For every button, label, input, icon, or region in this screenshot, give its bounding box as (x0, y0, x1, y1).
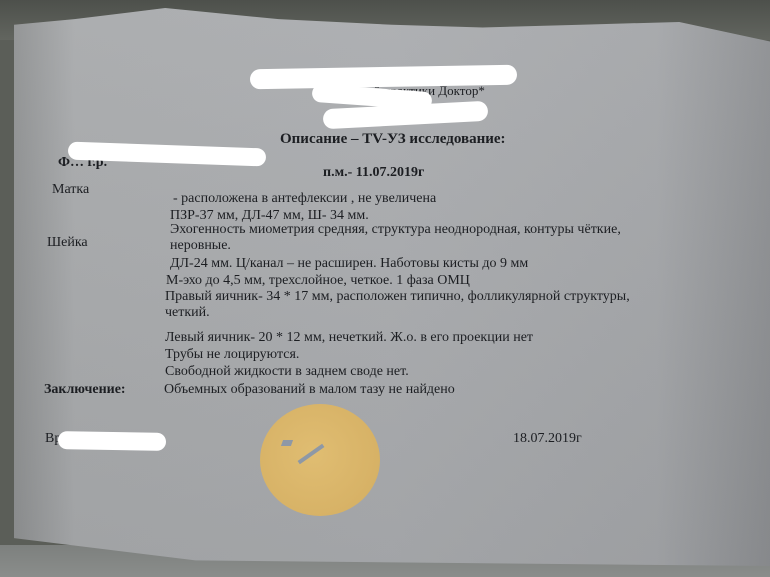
finding-line: ДЛ-24 мм. Ц/канал – не расширен. Наботов… (170, 256, 528, 272)
page-title: Описание – TV-УЗ исследование: (280, 131, 506, 147)
stamp-mark (298, 444, 325, 464)
finding-line: Левый яичник- 20 * 12 мм, нечеткий. Ж.о.… (165, 330, 533, 346)
label-cervix: Шейка (47, 235, 88, 251)
finding-line: Трубы не лоцируются. (165, 347, 299, 363)
finding-line: М-эхо до 4,5 мм, трехслойное, четкое. 1 … (166, 273, 470, 289)
finding-line: Правый яичник- 34 * 17 мм, расположен ти… (165, 289, 630, 305)
finding-line: неровные. (170, 238, 231, 254)
finding-line: Свободной жидкости в заднем своде нет. (165, 364, 409, 380)
finding-line: Эхогенность миометрия средняя, структура… (170, 222, 621, 238)
label-uterus: Матка (52, 182, 89, 198)
last-period-date: п.м.- 11.07.2019г (323, 165, 424, 181)
redaction-mark (58, 431, 166, 451)
label-conclusion: Заключение: (44, 382, 126, 398)
finding-line: - расположена в антефлексии , не увеличе… (173, 191, 436, 207)
conclusion-text: Объемных образований в малом тазу не най… (164, 382, 455, 398)
stamp-mark (281, 440, 293, 446)
stamp-redaction (260, 404, 380, 516)
finding-line: четкий. (165, 305, 210, 321)
report-date: 18.07.2019г (513, 431, 582, 447)
